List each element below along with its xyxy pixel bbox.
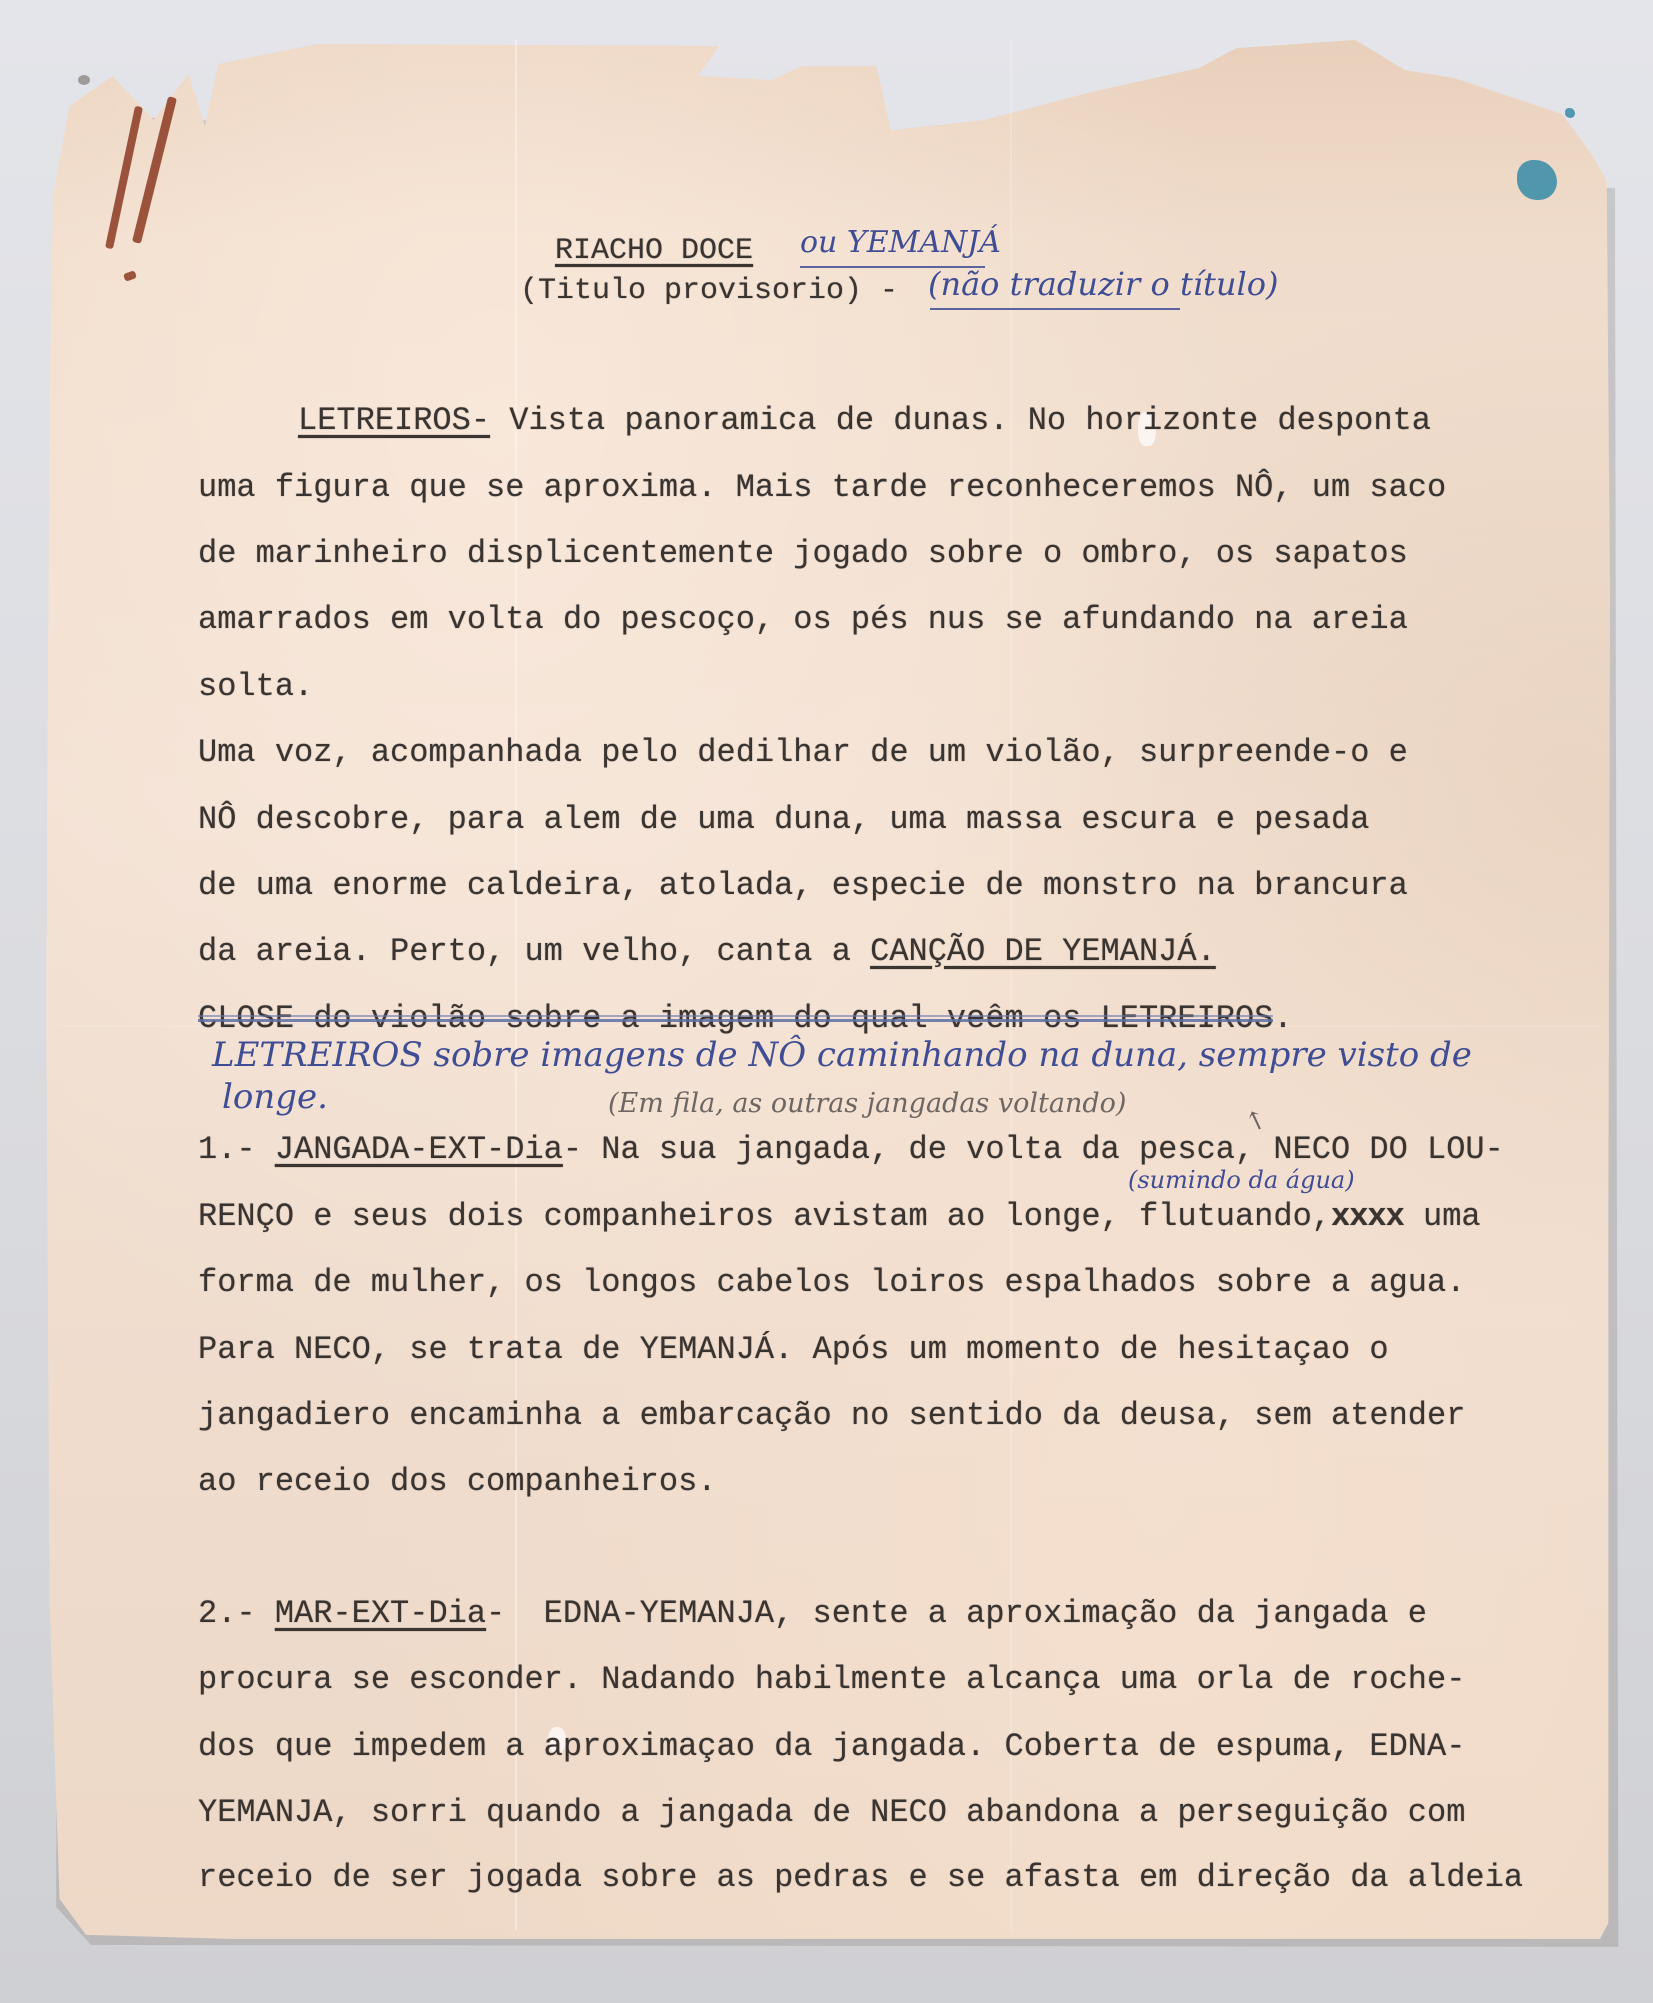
handwritten-insert: (sumindo da água) [1128,1168,1355,1192]
struck-line: CLOSE do violão sobre a imagem do qual v… [198,1003,1293,1035]
scene-line: receio de ser jogada sobre as pedras e s… [198,1862,1523,1894]
song-title: CANÇÃO DE YEMANJÁ. [870,933,1216,970]
scene-line: 1.- JANGADA-EXT-Dia- Na sua jangada, de … [198,1134,1504,1166]
line-text: Na sua jangada, de volta da pesca, NECO … [582,1131,1504,1168]
document-title: RIACHO DOCE [555,236,753,266]
handwritten-replacement: longe. [222,1080,328,1114]
section-line: NÔ descobre, para alem de uma duna, uma … [198,804,1369,836]
punch-hole [78,75,90,85]
line-text: - [486,1595,505,1632]
line-text: RENÇO e seus dois companheiros avistam a… [198,1198,1331,1235]
section-line: Uma voz, acompanhada pelo dedilhar de um… [198,737,1408,769]
line-text: da areia. Perto, um velho, canta a [198,933,870,970]
title-handwritten-note: (não traduzir o título) [928,268,1278,300]
struck-text: CLOSE do violão sobre a imagem do qual v… [198,1000,1273,1037]
scene-line: Para NECO, se trata de YEMANJÁ. Após um … [198,1334,1389,1366]
section-line: da areia. Perto, um velho, canta a CANÇÃ… [198,936,1216,968]
scene-number: 1.- [198,1131,256,1168]
scene-line: YEMANJA, sorri quando a jangada de NECO … [198,1797,1465,1829]
line-text: uma [1404,1198,1481,1235]
section-line: LETREIROS- Vista panoramica de dunas. No… [298,405,1431,437]
scene-heading: MAR-EXT-Dia [275,1595,486,1632]
blue-ink-stain [1517,160,1557,200]
section-line: de marinheiro displicentemente jogado so… [198,538,1408,570]
scene-line: RENÇO e seus dois companheiros avistam a… [198,1201,1481,1233]
section-line: de uma enorme caldeira, atolada, especie… [198,870,1408,902]
line-text: Vista panoramica de dunas. No horizonte … [490,402,1431,439]
section-line: amarrados em volta do pescoço, os pés nu… [198,604,1408,636]
section-line: solta. [198,671,313,703]
scene-number: 2.- [198,1595,256,1632]
title-handwritten-addition: ou YEMANJÁ [800,228,1001,258]
scene-heading: JANGADA-EXT-Dia [275,1131,563,1168]
scene-line: dos que impedem a aproximaçao da jangada… [198,1731,1465,1763]
section-line: uma figura que se aproxima. Mais tarde r… [198,472,1446,504]
scene-line: forma de mulher, os longos cabelos loiro… [198,1267,1465,1299]
line-text: - [563,1131,582,1168]
line-text: . [1273,1000,1292,1037]
paper-fold-line [515,40,517,1930]
blue-ink-stain [1565,108,1575,118]
handwritten-replacement: LETREIROS sobre imagens de NÔ caminhando… [212,1038,1472,1072]
section-heading: LETREIROS- [298,402,490,439]
document-subtitle: (Titulo provisorio) - [520,276,898,306]
scene-line: ao receio dos companheiros. [198,1466,716,1498]
paper-fold-line [1010,40,1012,1930]
typed-xout: xxxx [1331,1198,1404,1235]
scene-line: procura se esconder. Nadando habilmente … [198,1664,1465,1696]
title-note-underline [930,308,1180,310]
scene-line: jangadiero encaminha a embarcação no sen… [198,1400,1465,1432]
pencil-note: (Em fila, as outras jangadas voltando) [608,1090,1126,1117]
scene-line: 2.- MAR-EXT-Dia- EDNA-YEMANJA, sente a a… [198,1598,1427,1630]
line-text: EDNA-YEMANJA, sente a aproximação da jan… [505,1595,1427,1632]
